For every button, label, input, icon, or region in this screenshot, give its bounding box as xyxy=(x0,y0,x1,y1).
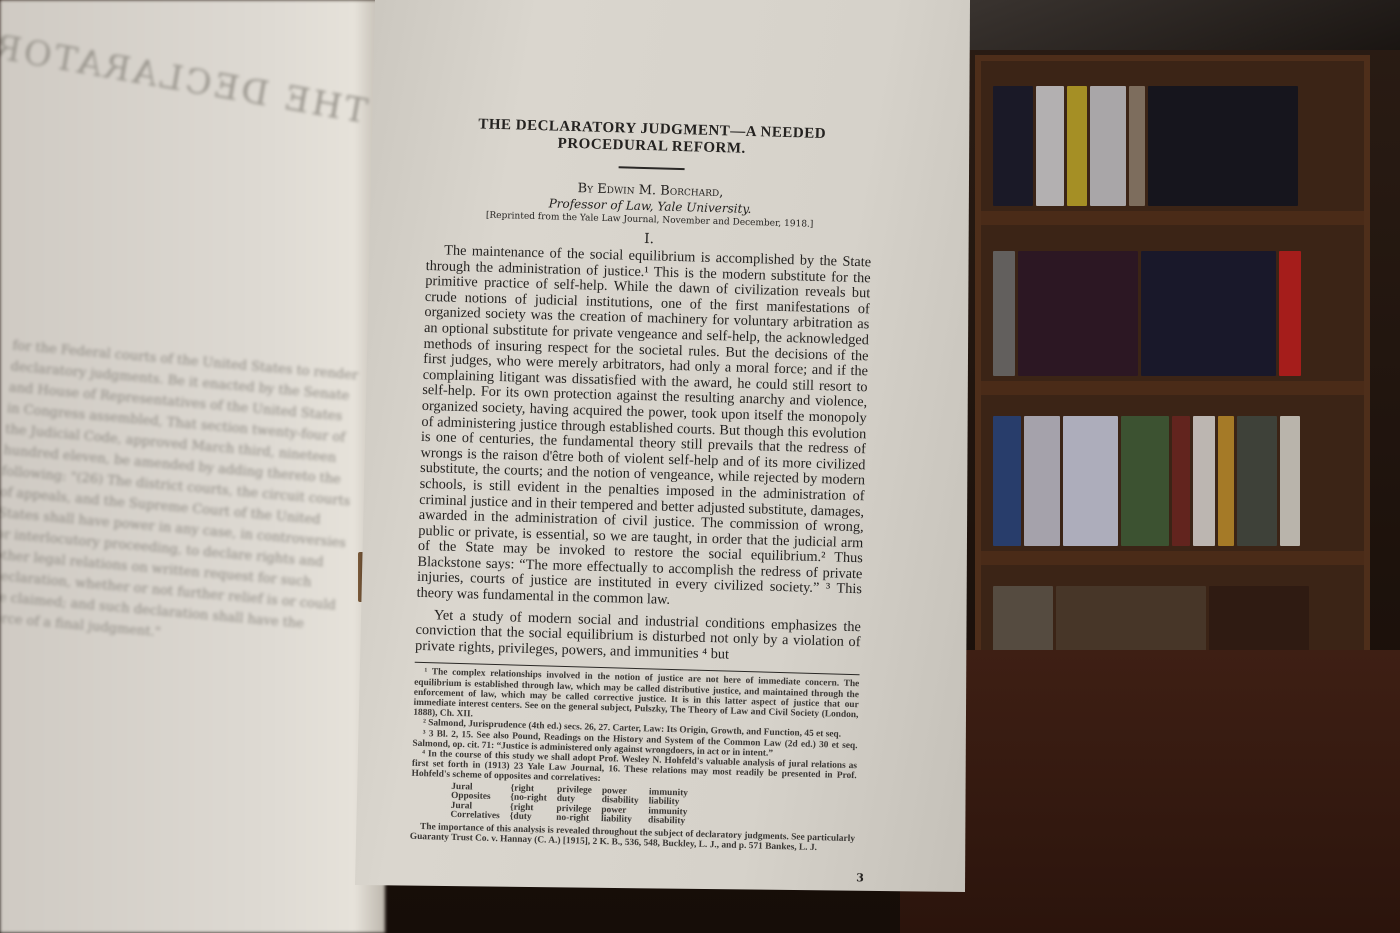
shelf-board xyxy=(981,211,1364,225)
paragraph: The maintenance of the social equilibriu… xyxy=(416,243,871,614)
closing-footnote: The importance of this analysis is revea… xyxy=(410,821,855,854)
ceiling xyxy=(960,0,1400,50)
wooden-table xyxy=(900,650,1400,933)
shelf-board xyxy=(981,551,1364,565)
title-rule xyxy=(618,166,684,170)
right-page: THE DECLARATORY JUDGMENT—A NEEDED PROCED… xyxy=(345,0,970,892)
shelf-board xyxy=(981,381,1364,395)
ghost-text: for the Federal courts of the United Sta… xyxy=(0,335,362,658)
book-row xyxy=(993,86,1352,206)
page-content: THE DECLARATORY JUDGMENT—A NEEDED PROCED… xyxy=(410,115,875,854)
left-page-blurred: THE DECLARATORY JU for the Federal court… xyxy=(0,0,385,933)
jural-relations-table: Jural {right privilege power immunity Op… xyxy=(450,783,698,828)
book-row xyxy=(993,416,1352,546)
bookshelf xyxy=(975,55,1370,665)
paragraph: Yet a study of modern social and industr… xyxy=(415,607,861,666)
book-row xyxy=(993,251,1352,376)
page-number: 3 xyxy=(856,871,864,884)
document-title: THE DECLARATORY JUDGMENT—A NEEDED PROCED… xyxy=(429,115,875,161)
ghost-title: THE DECLARATORY JU xyxy=(0,18,370,132)
